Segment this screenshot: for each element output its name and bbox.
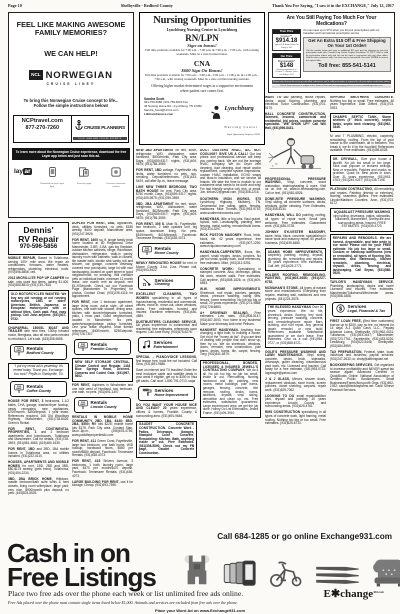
classified-ad: HOUSE FOR RENT, 3 bedrooms, 1-1/2 baths,… (8, 400, 69, 425)
anchor-icon (75, 118, 83, 136)
classified-ad: BOOKKEEPING SERVICES. Get organized to i… (330, 364, 394, 392)
classified-ad: HOLDER ROOFING, REMODELING, PAINTING, (9… (265, 274, 326, 285)
section-header: FORRENTRentalsMoore County (138, 243, 195, 259)
cruise-planners-tagline: YOUR LAND AND CRUISE EXPERTS (73, 137, 128, 140)
banner-call-line: Call 684-1285 or go online Exchange931.c… (217, 532, 392, 541)
classified-ad: NEW SELF STORAGE CENTRAL, Climate Contro… (72, 358, 133, 381)
meds-title: Are You Still Paying Too Much For Your M… (272, 15, 391, 27)
classified-column: GIFFORD BROTHERS CONCRETE. Nothing too b… (330, 96, 394, 528)
dollar-icon: $ (336, 304, 345, 315)
smartphones-icon (223, 560, 257, 592)
classified-ad: DUSTBUSTERS CLEANING SERVICE, 14 years e… (136, 321, 197, 335)
layar-row: layar Download the free Layar App Scan t… (13, 164, 129, 188)
ncl-logo: NCL NORWEGIAN (13, 70, 129, 81)
our-price-box: Our Price Rosuvastatin* $148 Generic equ… (272, 53, 301, 78)
meds-intro: You can save up to 97% when you fill you… (303, 29, 391, 36)
page-number: Page 10 (8, 3, 22, 8)
for-rent-sign-icon: FORRENT (142, 246, 152, 257)
testimonial-ad: "I put my rental ad in yesterday. It's r… (8, 363, 69, 379)
classified-ad: HANDYMAN, little or big jobs. Haul grave… (200, 218, 261, 232)
toll-free-number: Toll free: 855-541-5141 (306, 63, 388, 69)
classified-ad: SOUTHERN IRON WORKS, 575 Lynchburg Highw… (200, 198, 261, 216)
classified-column: Dennis'RV Repair970-596-5856MOBILE REPAI… (8, 222, 69, 528)
classified-column: NEW 1BD APARTMENT for rent, stove, refri… (136, 149, 197, 528)
classified-ad: FOR RENT, 1BD and 2BD, 1BA mobile homes … (8, 448, 69, 459)
nursing-subtitle: Lynchburg Nursing Center in Lynchburg (144, 27, 260, 32)
their-price-box: Their Price Crestor™ $914.18 Typical US … (272, 29, 301, 52)
classified-ad: DUCT DUSTERS HVAC, A/C NOT COOLING? GIVE… (200, 149, 261, 195)
classified-ad: RENTALS IN MOBILE HOME COMMUNITY, 2BD, 1… (72, 416, 133, 437)
layar-caption: Scan this page (72, 183, 96, 186)
banner-headline: Cash in on Free Listings (7, 541, 156, 589)
classified-ad: OLD MOTORCYCLES WANTED: We buy any old r… (8, 290, 69, 324)
classified-column: DUPLEX FOR RENT, 1BD, appliances, deck, … (72, 222, 133, 528)
classified-ad: NEWLY RENOVATED HOUSE for rent, in Moore… (136, 262, 197, 273)
classified-ad: PROFESSIONAL PRESSURE WASHING, Vinyl, co… (265, 178, 326, 196)
classified-ad: DUPLEX FOR RENT, 1BD, appliances, deck, … (72, 222, 133, 236)
classified-column: DUCT DUSTERS HVAC, A/C NOT COOLING? GIVE… (200, 149, 261, 528)
svg-text:RENT: RENT (16, 350, 22, 352)
classified-ad: J & J GLASS, Mirrors, shower doors, repl… (265, 378, 326, 392)
section-header: FORRENTRentalsBedford County (10, 344, 67, 360)
classified-ad: WANT TO DO painting, house repairs, deck… (265, 96, 326, 110)
layar-caption: Discover interactive content (104, 183, 128, 188)
rn-lpn-heading: RN/LPN (144, 33, 260, 43)
exchange-logo: E✱change 931.com (324, 587, 384, 600)
classified-ad: EXCELLENT CLEANERS, TWO WOMEN specializi… (136, 293, 197, 318)
meds-disclaimer-1: Please note that we do not carry control… (272, 80, 391, 84)
classified-ad: GIFFORD BROTHERS CONCRETE. Nothing too b… (330, 96, 394, 110)
ncl-logo-mark: NCL (29, 70, 42, 80)
classified-ad: CONCRETE WORK: Specializing in stamped c… (200, 268, 261, 286)
classified-ad: M and T PLUMBING, electric, carpentry, r… (330, 135, 394, 153)
svg-text:RENT: RENT (80, 404, 86, 406)
nursing-offer: Offering higher market-determined wages … (144, 84, 260, 93)
classified-ad: RMS CONSTRUCTION specializing in all typ… (265, 411, 326, 425)
ncl-logo-sub: CRUISE LINE® (13, 82, 129, 86)
overalls-icon (182, 554, 212, 592)
classified-ad: RICK POSTON MASONRY: Rock, brick, block,… (200, 234, 261, 248)
page-region: Shelbyville - Bedford County (121, 3, 173, 8)
classified-ad: HANDYMAN, WILL DO painting, roofing, all… (265, 214, 326, 228)
ncl-tagline: To bring this Norwegian Cruise concept t… (13, 98, 129, 109)
classified-ad: CHAMPS SEPTIC TANK, Storm shelters (3" t… (330, 113, 394, 133)
ncl-logo-name: NORWEGIAN (46, 70, 113, 81)
interactive-content-icon (111, 164, 121, 181)
cna-heading: CNA (144, 59, 260, 68)
ncl-cruise-ad: FEEL LIKE MAKING AWESOME FAMILY MEMORIES… (8, 12, 134, 218)
classified-ad: HANDIEST HANDYMAN. Anything from changin… (200, 329, 261, 357)
medications-ad: Are You Still Paying Too Much For Your M… (268, 12, 395, 93)
classified-ad: DR. DRYWALL, Give your house a facelift.… (330, 155, 394, 185)
classified-ad: HOUSES, APARTMENTS AND MOBILE HOMES for … (8, 461, 69, 475)
classified-ad: DONE-RITE PRESSURE WASHING, Vinyl siding… (265, 198, 326, 212)
ncp-phone: 877-270-7260 (15, 125, 70, 131)
classified-ad: MOBILE REPAIR, Based in Tullahoma, servi… (8, 257, 69, 275)
svg-text:RENT: RENT (80, 346, 86, 348)
section-header: ServicesEntertainment (138, 337, 195, 353)
section-header: FORRENTRentalsFranklin County (74, 339, 131, 355)
cna-bonus: $600 Sign On Bonus! (144, 68, 260, 73)
classified-ad: A+ DRIVEWAY SEALING, Free estimates. Low… (200, 312, 261, 326)
word-ad-line: Place your Word Ad on www.Exchange931.co… (0, 608, 400, 613)
classified-ad: JOHNNY SYLVESTER MASONRY, stone, brick, … (265, 231, 326, 245)
nurse-icon (211, 105, 222, 125)
svg-text:RENT: RENT (16, 388, 22, 390)
page-header: Page 10 Shelbyville - Bedford County Tha… (8, 3, 394, 8)
classified-ad: GAUDET CONCRETE CONSTRUCTION. Concrete W… (136, 421, 197, 458)
classified-ad: OGLE'S PRESSURE WASHING AND LAWN MAINTEN… (265, 351, 326, 376)
classified-ad: SPECIAL - PIANO/VOICE LESSONS, first les… (136, 356, 197, 367)
classified-ad: 3BD, 2BA APARTMENT for rent, stove, refr… (136, 203, 197, 221)
scan-page-icon (79, 164, 89, 181)
classified-ad: FOR RENT, CONTINENTAL PROPERTIES, 1 and … (8, 428, 69, 446)
classified-ad: PROFESSIONAL, BONDED, LICENSED & INSURED… (200, 360, 261, 419)
classified-ad: FOR RENT, 415 Shivers Avenue, 3 bedrooms… (72, 460, 133, 478)
classified-ad: TAYLOR'S HANDYMAN SERVICE. Plumbing, lan… (330, 281, 394, 299)
classified-column: WANT TO DO painting, house repairs, deck… (265, 96, 326, 528)
classified-ad: DO YOU WANT YOUR HOUSE NICE AND CLEAN? 2… (136, 404, 197, 418)
eoe-line: Equal Opportunity Employer 67085 (211, 134, 260, 136)
broom-icon (142, 278, 152, 288)
classified-ad: PLATINUM CONTRACTING, All remodeling and… (330, 188, 394, 206)
classified-ad: REPAIRS AND REMODELS. We are honest, dep… (330, 234, 394, 278)
section-header: ServicesCleaning (138, 275, 195, 290)
rn-body: Full time positions available for 7:00 a… (144, 49, 260, 57)
nursing-opportunities-ad: Nursing Opportunities Lynchburg Nursing … (139, 12, 265, 145)
classified-ad: FOR RENT, 1BD cottage, Fayetteville city… (136, 169, 197, 183)
banner-fine-print: Free Ads placed over the phone must cont… (8, 600, 238, 605)
classified-ad: AQUABLAST PRESSURE WASHING vinyl siding,… (330, 208, 394, 231)
nursing-contact: Sandra Scott 931-759-6088 | 931-759-6003… (144, 97, 202, 136)
newspaper-page: Page 10 Shelbyville - Bedford County Tha… (0, 0, 400, 614)
classified-ad: MCMAHAN'S STONE, All types of natural st… (265, 287, 326, 301)
classified-ad: FOR RENT, 305 S. Main St., Fayetteville,… (136, 223, 197, 241)
cruise-planners-name: CRUISE PLANNERS (84, 125, 125, 130)
classified-ad: HALL CONCRETE CONSTRUCTION, licensed, in… (265, 113, 326, 131)
classified-ad: FOR RENT, 411 Green Crest, Fayetteville,… (72, 440, 133, 458)
classified-ad: FOR RENT, 1600 sq. ft. single family bri… (72, 239, 133, 299)
section-header: $ServicesLegal, Financial & Tax (332, 302, 392, 318)
pressure-washing-cartoon (265, 133, 326, 175)
ncl-contact-box: NCPtravel.com 877-270-7260 CRUISE PLANNE… (13, 115, 129, 143)
classified-ad: W.W. HOME IMPROVEMENTS. Sheetrock, roof … (200, 288, 261, 309)
classified-ad: 3BD, 2BA BRICK HOME, Hillsboro, master b… (8, 478, 69, 496)
for-rent-sign-icon: FORRENT (14, 346, 24, 357)
svg-text:RENT: RENT (144, 250, 150, 252)
classified-ad: CHAPARRAL 1800SL BOAT AND TRAILER with n… (8, 327, 69, 341)
classified-ad: TAX PREPARATION, Federal, state, local; … (330, 351, 394, 362)
nursing-footer: Sandra Scott 931-759-6088 | 931-759-6003… (144, 97, 260, 136)
ncl-headline: FEEL LIKE MAKING AWESOME FAMILY MEMORIES… (13, 21, 129, 38)
for-rent-sign-icon: FORRENT (78, 342, 88, 353)
cna-body: Full time positions available for 7:00 a… (144, 74, 260, 82)
nursing-title: Nursing Opportunities (144, 15, 260, 26)
classified-ad: HANDYMAN-CARPENTER, floors, tile, carpet… (200, 251, 261, 265)
for-rent-sign-icon: FORRENT (78, 400, 88, 411)
phone-download-icon (49, 164, 56, 181)
classified-ad: FIRST LOAN FREE, (first time customers) … (330, 320, 394, 348)
classified-ad: FOR RENT, nice 1 bedroom apartment, larg… (72, 301, 133, 336)
free-listings-banner: Call 684-1285 or go online Exchange931.c… (0, 530, 400, 614)
section-header: ServicesHome Improvement (138, 386, 195, 401)
page-slogan-date: Thank You For Saying, "I saw it in the E… (272, 3, 394, 8)
section-header: FORRENTRentalsCoffee County (10, 381, 67, 397)
classified-ad: THE BLESSED HANDYMAN Over 20 years exper… (265, 304, 326, 348)
dennis-rv-repair-ad: Dennis'RV Repair970-596-5856 (8, 222, 69, 255)
ncp-website: NCPtravel.com (15, 118, 70, 124)
section-header: FORRENTRentalsLincoln County (74, 397, 131, 413)
layar-instruction-bar: To learn more about the Norwegian Cruise… (12, 148, 130, 160)
paint-roller-icon (142, 388, 152, 398)
ncl-headline2: WE CAN HELP! (13, 49, 129, 58)
classified-ad: LIKE NEW THREE BEDROOM, TWO BATH HOUSE f… (136, 186, 197, 200)
classified-ad: NEW 1BD APARTMENT for rent, stove, refri… (136, 149, 197, 167)
meds-disclaimer-2: Use of these services is subject to the … (272, 85, 391, 88)
classified-ad: LOOKING TO DO small repair/addition jobs… (265, 395, 326, 409)
classified-ad: FOR RENT, duplexes in Winchester and one… (72, 384, 133, 395)
banner-subline: Place two free ads over the phone each w… (8, 589, 243, 598)
music-note-icon (142, 340, 151, 351)
classified-ad: Save on internet and TV bundles! Order t… (136, 369, 197, 383)
lynchburg-nursing-center-logo: Lynchburg Nursing Center (211, 97, 260, 133)
meds-offer-box: Get An Extra $15 Off & Free Shipping On … (303, 37, 391, 72)
classified-ad: LARGE BUILDING FOR RENT, use it for stor… (72, 481, 133, 488)
classified-ad: ADAMS HOME IMPROVEMENTS, carpentry, pain… (265, 248, 326, 271)
classified-ad: 2012 MICRO-LITE POP UP CAMPER for sale, … (8, 277, 69, 288)
tricycle-icon (268, 559, 304, 592)
layar-caption: Download the free Layar App (40, 183, 64, 188)
for-rent-sign-icon: FORRENT (14, 384, 24, 395)
layar-logo: layar (14, 168, 32, 175)
